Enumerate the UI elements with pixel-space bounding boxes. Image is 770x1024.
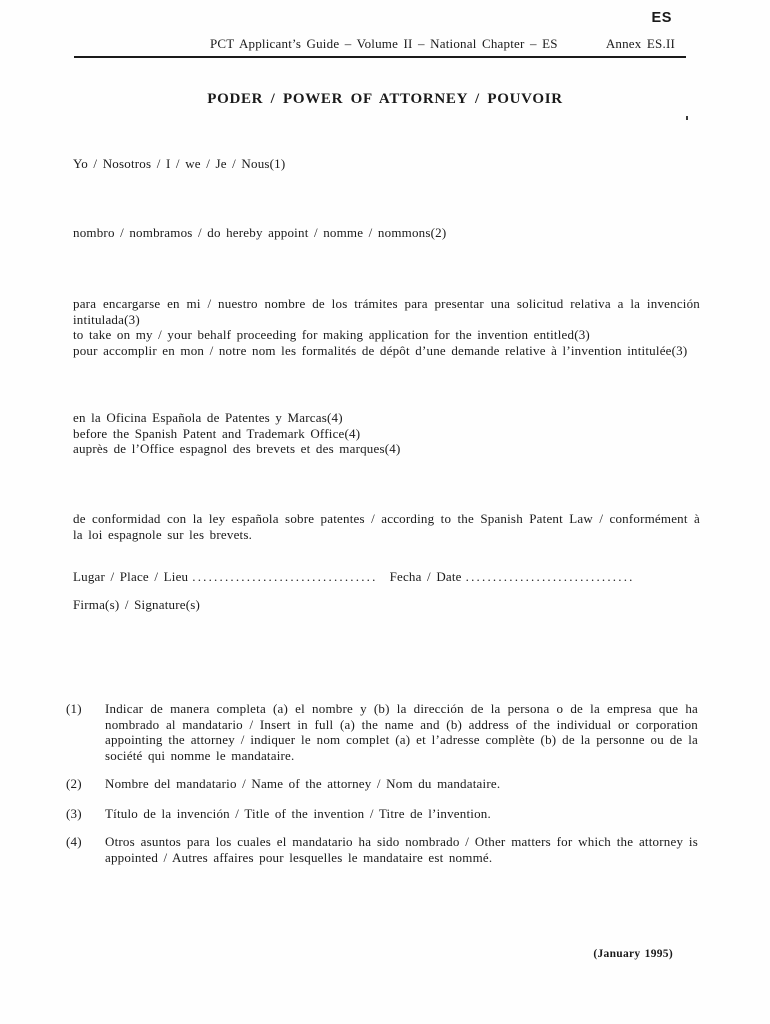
footnote-number: (3): [66, 806, 105, 822]
footnote-text: Nombre del mandatario / Name of the atto…: [105, 776, 698, 792]
footnote-2: (2) Nombre del mandatario / Name of the …: [66, 776, 698, 792]
footnote-text: Indicar de manera completa (a) el nombre…: [105, 701, 698, 763]
footnote-number: (4): [66, 834, 105, 865]
document-page: ES PCT Applicant’s Guide – Volume II – N…: [0, 0, 770, 1024]
appoint-line: nombro / nombramos / do hereby appoint /…: [73, 225, 700, 241]
place-fill-line: ..................................: [192, 569, 377, 585]
date-fill-line: ...............................: [466, 569, 635, 585]
office-text-es: en la Oficina Española de Patentes y Mar…: [73, 410, 700, 426]
purpose-paragraph: para encargarse en mi / nuestro nombre d…: [73, 296, 700, 358]
guide-title: PCT Applicant’s Guide – Volume II – Nati…: [210, 36, 558, 52]
law-paragraph: de conformidad con la ley española sobre…: [73, 511, 700, 542]
office-text-fr: auprès de l’Office espagnol des brevets …: [73, 441, 700, 457]
footnote-number: (2): [66, 776, 105, 792]
place-date-row: Lugar / Place / Lieu ...................…: [73, 569, 700, 585]
footnote-4: (4) Otros asuntos para los cuales el man…: [66, 834, 698, 865]
declarant-line: Yo / Nosotros / I / we / Je / Nous(1): [73, 156, 700, 172]
date-label: Fecha / Date: [390, 569, 462, 585]
scan-artifact-dot: [686, 116, 688, 120]
footnote-number: (1): [66, 701, 105, 763]
annex-label: Annex ES.II: [606, 36, 675, 52]
purpose-text-fr: pour accomplir en mon / notre nom les fo…: [73, 343, 700, 359]
office-text-en: before the Spanish Patent and Trademark …: [73, 426, 700, 442]
footnote-3: (3) Título de la invención / Title of th…: [66, 806, 698, 822]
footnote-1: (1) Indicar de manera completa (a) el no…: [66, 701, 698, 763]
publication-date: (January 1995): [593, 947, 673, 963]
form-title: PODER / POWER OF ATTORNEY / POUVOIR: [73, 92, 697, 108]
office-paragraph: en la Oficina Española de Patentes y Mar…: [73, 410, 700, 457]
purpose-text-es: para encargarse en mi / nuestro nombre d…: [73, 296, 700, 327]
country-code-label: ES: [651, 11, 672, 26]
signature-label: Firma(s) / Signature(s): [73, 597, 700, 613]
footnote-text: Título de la invención / Title of the in…: [105, 806, 698, 822]
footnote-text: Otros asuntos para los cuales el mandata…: [105, 834, 698, 865]
header-divider: [74, 56, 686, 58]
purpose-text-en: to take on my / your behalf proceeding f…: [73, 327, 700, 343]
place-label: Lugar / Place / Lieu: [73, 569, 188, 585]
